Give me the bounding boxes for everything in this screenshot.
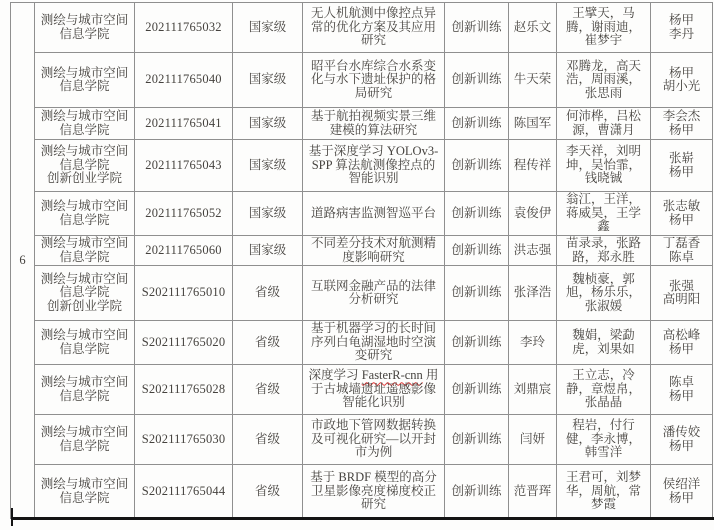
group-number-cell: 6 (11, 3, 35, 519)
cell-leader: 李玲 (509, 321, 557, 365)
cell-category: 创新训练 (445, 140, 509, 192)
cell-project-id: 202111765032 (135, 3, 233, 53)
cell-title: 基于 BRDF 模型的高分卫星影像亮度梯度校正研究 (303, 465, 445, 519)
cell-title: 基于深度学习 YOLOv3-SPP 算法航测像控点的智能识别 (303, 140, 445, 192)
cell-members: 魏桢豪，郭旭，杨乐乐，张淑媛 (557, 266, 651, 321)
cell-level: 省级 (233, 321, 303, 365)
table-row: 测绘与城市空间信息学院S202111765030省级市政地下管网数据转换及可视化… (11, 415, 713, 465)
cell-project-id: 202111765043 (135, 140, 233, 192)
scanned-document-page: 6测绘与城市空间信息学院202111765032国家级无人机航测中像控点异常的优… (0, 0, 714, 530)
cell-level: 国家级 (233, 236, 303, 266)
cell-advisors: 李会杰 杨甲 (651, 108, 713, 140)
cell-advisors: 潘传姣 杨甲 (651, 415, 713, 465)
page-bottom-rule-corner (11, 508, 13, 526)
cell-project-id: S202111765028 (135, 365, 233, 415)
cell-project-id: 202111765052 (135, 192, 233, 236)
cell-category: 创新训练 (445, 236, 509, 266)
cell-advisors: 张崭 杨甲 (651, 140, 713, 192)
cell-level: 省级 (233, 415, 303, 465)
cell-project-id: 202111765041 (135, 108, 233, 140)
cell-college: 测绘与城市空间信息学院 (35, 53, 135, 108)
cell-leader: 赵乐文 (509, 3, 557, 53)
cell-project-id: 202111765040 (135, 53, 233, 108)
cell-category: 创新训练 (445, 3, 509, 53)
cell-level: 省级 (233, 365, 303, 415)
cell-title: 深度学习 FasterR-cnn 用于古城墙遗址遥感影像智能化识别 (303, 365, 445, 415)
table-row: 测绘与城市空间信息学院202111765052国家级道路病害监测智巡平台创新训练… (11, 192, 713, 236)
cell-college: 测绘与城市空间信息学院 (35, 3, 135, 53)
cell-advisors: 丁磊香 陈卓 (651, 236, 713, 266)
cell-category: 创新训练 (445, 465, 509, 519)
table-row: 测绘与城市空间信息学院 创新创业学院202111765043国家级基于深度学习 … (11, 140, 713, 192)
cell-leader: 袁俊伊 (509, 192, 557, 236)
cell-advisors: 侯绍洋 杨甲 (651, 465, 713, 519)
table-row: 6测绘与城市空间信息学院202111765032国家级无人机航测中像控点异常的优… (11, 3, 713, 53)
cell-level: 省级 (233, 266, 303, 321)
cell-project-id: S202111765020 (135, 321, 233, 365)
cell-college: 测绘与城市空间信息学院 (35, 236, 135, 266)
cell-college: 测绘与城市空间信息学院 (35, 365, 135, 415)
table-row: 测绘与城市空间信息学院202111765040国家级昭平台水库综合水系变化与水下… (11, 53, 713, 108)
cell-level: 国家级 (233, 192, 303, 236)
table-row: 测绘与城市空间信息学院S202111765028省级深度学习 FasterR-c… (11, 365, 713, 415)
cell-advisors: 张志敏 杨甲 (651, 192, 713, 236)
cell-leader: 刘鼎宸 (509, 365, 557, 415)
cell-advisors: 高松峰 杨甲 (651, 321, 713, 365)
cell-title: 基于机器学习的长时间序列白龟湖湿地时空演变研究 (303, 321, 445, 365)
cell-advisors: 杨甲 李丹 (651, 3, 713, 53)
cell-project-id: S202111765010 (135, 266, 233, 321)
cell-college: 测绘与城市空间信息学院 创新创业学院 (35, 266, 135, 321)
cell-college: 测绘与城市空间信息学院 (35, 321, 135, 365)
cell-leader: 牛天荣 (509, 53, 557, 108)
cell-members: 程岩，付行健，李永博，韩雪洋 (557, 415, 651, 465)
cell-college: 测绘与城市空间信息学院 (35, 192, 135, 236)
cell-title: 不同差分技术对航测精度影响研究 (303, 236, 445, 266)
cell-members: 翁江，王洋，蒋威昊，王学鑫 (557, 192, 651, 236)
cell-leader: 范晋珲 (509, 465, 557, 519)
cell-leader: 洪志强 (509, 236, 557, 266)
cell-members: 王立志，冷静，章煜帛，张晶晶 (557, 365, 651, 415)
table-row: 测绘与城市空间信息学院S202111765020省级基于机器学习的长时间序列白龟… (11, 321, 713, 365)
projects-table-body: 6测绘与城市空间信息学院202111765032国家级无人机航测中像控点异常的优… (11, 3, 713, 519)
cell-title: 昭平台水库综合水系变化与水下遗址保护的格局研究 (303, 53, 445, 108)
cell-college: 测绘与城市空间信息学院 (35, 465, 135, 519)
table-row: 测绘与城市空间信息学院S202111765044省级基于 BRDF 模型的高分卫… (11, 465, 713, 519)
cell-category: 创新训练 (445, 108, 509, 140)
cell-college: 测绘与城市空间信息学院 创新创业学院 (35, 140, 135, 192)
cell-title: 基于航拍视频实景三维建模的算法研究 (303, 108, 445, 140)
table-row: 测绘与城市空间信息学院202111765041国家级基于航拍视频实景三维建模的算… (11, 108, 713, 140)
cell-members: 苗录录，张路路，郑永胜 (557, 236, 651, 266)
cell-members: 王擘天，马腾，谢雨迪，崔梦宇 (557, 3, 651, 53)
cell-title: 无人机航测中像控点异常的优化方案及其应用研究 (303, 3, 445, 53)
cell-leader: 闫妍 (509, 415, 557, 465)
cell-title: 互联网金融产品的法律分析研究 (303, 266, 445, 321)
cell-advisors: 陈卓 杨甲 (651, 365, 713, 415)
cell-level: 国家级 (233, 140, 303, 192)
cell-college: 测绘与城市空间信息学院 (35, 108, 135, 140)
cell-title: 道路病害监测智巡平台 (303, 192, 445, 236)
cell-advisors: 杨甲 胡小光 (651, 53, 713, 108)
cell-category: 创新训练 (445, 415, 509, 465)
cell-advisors: 张强 高明阳 (651, 266, 713, 321)
cell-level: 国家级 (233, 53, 303, 108)
cell-category: 创新训练 (445, 321, 509, 365)
cell-members: 魏娟，梁勐虎，刘果如 (557, 321, 651, 365)
cell-level: 国家级 (233, 3, 303, 53)
cell-members: 王君可，刘梦华，周航，常梦霞 (557, 465, 651, 519)
cell-level: 省级 (233, 465, 303, 519)
cell-leader: 陈国军 (509, 108, 557, 140)
cell-category: 创新训练 (445, 266, 509, 321)
page-bottom-rule (12, 517, 714, 520)
cell-category: 创新训练 (445, 192, 509, 236)
cell-leader: 张泽浩 (509, 266, 557, 321)
cell-project-id: S202111765030 (135, 415, 233, 465)
misspelled-word: FasterR-cnn (362, 368, 423, 382)
table-row: 测绘与城市空间信息学院 创新创业学院S202111765010省级互联网金融产品… (11, 266, 713, 321)
cell-leader: 程传祥 (509, 140, 557, 192)
cell-members: 邓腾龙，高天浩，周雨溪，张思雨 (557, 53, 651, 108)
table-row: 测绘与城市空间信息学院202111765060国家级不同差分技术对航测精度影响研… (11, 236, 713, 266)
cell-project-id: S202111765044 (135, 465, 233, 519)
cell-members: 何沛桦，吕松源，曹潇月 (557, 108, 651, 140)
cell-category: 创新训练 (445, 365, 509, 415)
cell-title: 市政地下管网数据转换及可视化研究—以开封市为例 (303, 415, 445, 465)
cell-level: 国家级 (233, 108, 303, 140)
cell-members: 李天祥，刘明坤，吴怡霏，钱晓铖 (557, 140, 651, 192)
projects-table: 6测绘与城市空间信息学院202111765032国家级无人机航测中像控点异常的优… (10, 2, 713, 519)
cell-project-id: 202111765060 (135, 236, 233, 266)
cell-college: 测绘与城市空间信息学院 (35, 415, 135, 465)
cell-category: 创新训练 (445, 53, 509, 108)
